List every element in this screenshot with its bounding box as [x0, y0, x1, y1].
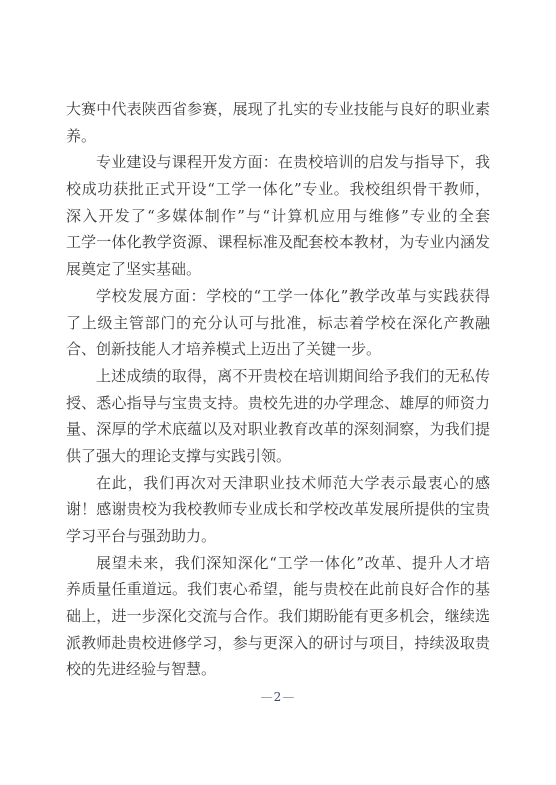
text-line: 派教师赴贵校进修学习，参与更深入的研讨与项目，持续汲取贵	[66, 630, 490, 657]
text-line: 量、深厚的学术底蕴以及对职业教育改革的深刻洞察，为我们提	[66, 416, 490, 443]
text-line: 合、创新技能人才培养模式上迈出了关键一步。	[66, 336, 490, 363]
text-line: 工学一体化教学资源、课程标准及配套校本教材，为专业内涵发	[66, 229, 490, 256]
page-number: —2—	[0, 689, 556, 705]
text-line: 供了强大的理论支撑与实践引领。	[66, 443, 490, 470]
page-number-dash-left: —	[261, 690, 274, 704]
text-line: 大赛中代表陕西省参赛，展现了扎实的专业技能与良好的职业素	[66, 96, 490, 123]
text-line: 养。	[66, 123, 490, 150]
paragraph: 学校发展方面：学校的“工学一体化”教学改革与实践获得 了上级主管部门的充分认可与…	[66, 283, 490, 363]
paragraph: 在此，我们再次对天津职业技术师范大学表示最衷心的感 谢！感谢贵校为我校教师专业成…	[66, 470, 490, 550]
document-page: 大赛中代表陕西省参赛，展现了扎实的专业技能与良好的职业素 养。 专业建设与课程开…	[0, 0, 556, 785]
text-line: 深入开发了“多媒体制作”与“计算机应用与维修”专业的全套	[66, 203, 490, 230]
text-line: 授、悉心指导与宝贵支持。贵校先进的办学理念、雄厚的师资力	[66, 390, 490, 417]
text-line: 学校发展方面：学校的“工学一体化”教学改革与实践获得	[66, 283, 490, 310]
text-line: 展奠定了坚实基础。	[66, 256, 490, 283]
document-body: 大赛中代表陕西省参赛，展现了扎实的专业技能与良好的职业素 养。 专业建设与课程开…	[66, 96, 490, 683]
paragraph: 专业建设与课程开发方面：在贵校培训的启发与指导下，我 校成功获批正式开设“工学一…	[66, 149, 490, 282]
text-line: 谢！感谢贵校为我校教师专业成长和学校改革发展所提供的宝贵	[66, 496, 490, 523]
text-line: 养质量任重道远。我们衷心希望，能与贵校在此前良好合作的基	[66, 576, 490, 603]
text-line: 专业建设与课程开发方面：在贵校培训的启发与指导下，我	[66, 149, 490, 176]
text-line: 础上，进一步深化交流与合作。我们期盼能有更多机会，继续选	[66, 603, 490, 630]
page-number-dash-right: —	[282, 690, 295, 704]
text-line: 校成功获批正式开设“工学一体化”专业。我校组织骨干教师，	[66, 176, 490, 203]
paragraph: 展望未来，我们深知深化“工学一体化”改革、提升人才培 养质量任重道远。我们衷心希…	[66, 550, 490, 683]
text-line: 展望未来，我们深知深化“工学一体化”改革、提升人才培	[66, 550, 490, 577]
text-line: 校的先进经验与智慧。	[66, 656, 490, 683]
text-line: 了上级主管部门的充分认可与批准，标志着学校在深化产教融	[66, 310, 490, 337]
paragraph: 大赛中代表陕西省参赛，展现了扎实的专业技能与良好的职业素 养。	[66, 96, 490, 149]
text-line: 上述成绩的取得，离不开贵校在培训期间给予我们的无私传	[66, 363, 490, 390]
paragraph: 上述成绩的取得，离不开贵校在培训期间给予我们的无私传 授、悉心指导与宝贵支持。贵…	[66, 363, 490, 470]
text-line: 学习平台与强劲助力。	[66, 523, 490, 550]
text-line: 在此，我们再次对天津职业技术师范大学表示最衷心的感	[66, 470, 490, 497]
